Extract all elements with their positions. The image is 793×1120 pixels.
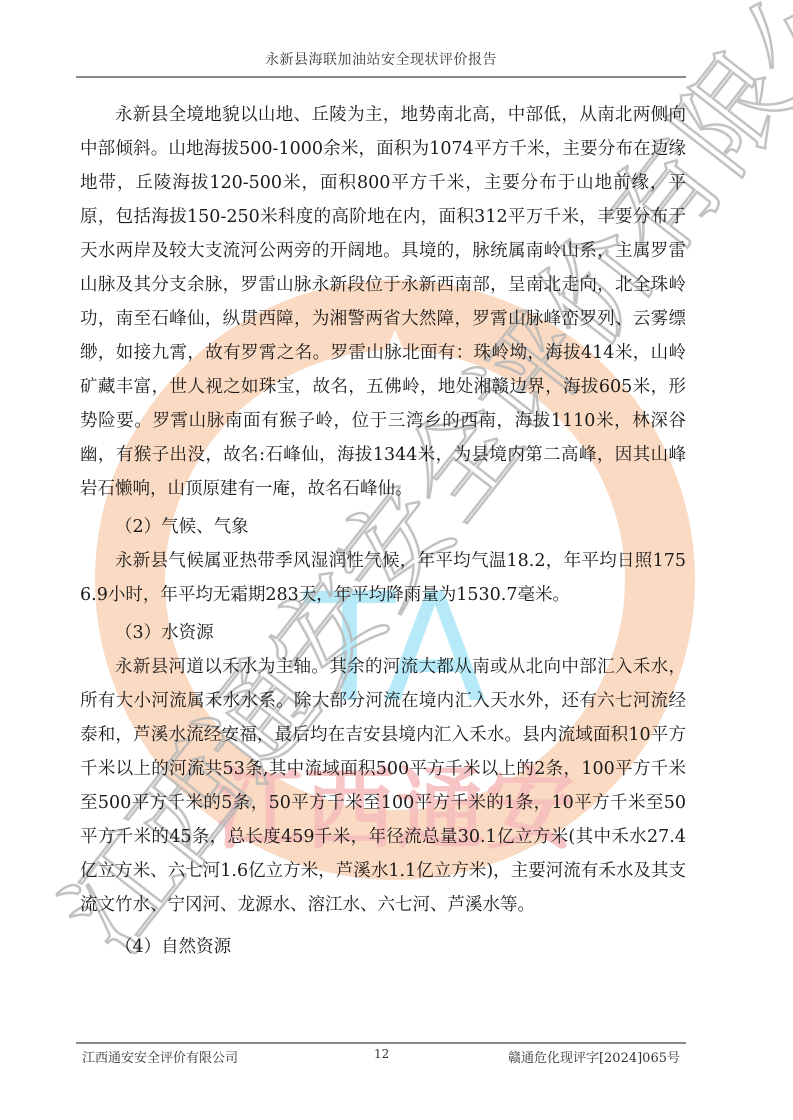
page-footer: 江西通安安全评价有限公司 12 赣通危化现评字[2024]065号 <box>76 1042 686 1066</box>
document-number: 赣通危化现评字[2024]065号 <box>508 1047 680 1066</box>
footer-company: 江西通安安全评价有限公司 <box>82 1047 238 1066</box>
paragraph-climate: 永新县气候属亚热带季风湿润性气候，年平均气温18.2，年平均日照1756.9小时… <box>80 544 686 612</box>
report-title: 永新县海联加油站安全现状评价报告 <box>265 52 497 68</box>
section-heading-climate: （2）气候、气象 <box>80 510 686 544</box>
page-content: 永新县全境地貌以山地、丘陵为主，地势南北高，中部低，从南北两侧向中部倾斜。山地海… <box>80 98 686 964</box>
paragraph-terrain: 永新县全境地貌以山地、丘陵为主，地势南北高，中部低，从南北两侧向中部倾斜。山地海… <box>80 98 686 506</box>
section-heading-natural-resources: （4）自然资源 <box>80 930 686 964</box>
section-heading-water: （3）水资源 <box>80 616 686 650</box>
page-number: 12 <box>374 1047 389 1061</box>
page-header: 永新县海联加油站安全现状评价报告 <box>76 48 686 78</box>
paragraph-water: 永新县河道以禾水为主轴。其余的河流大都从南或从北向中部汇入禾水，所有大小河流属禾… <box>80 650 686 922</box>
